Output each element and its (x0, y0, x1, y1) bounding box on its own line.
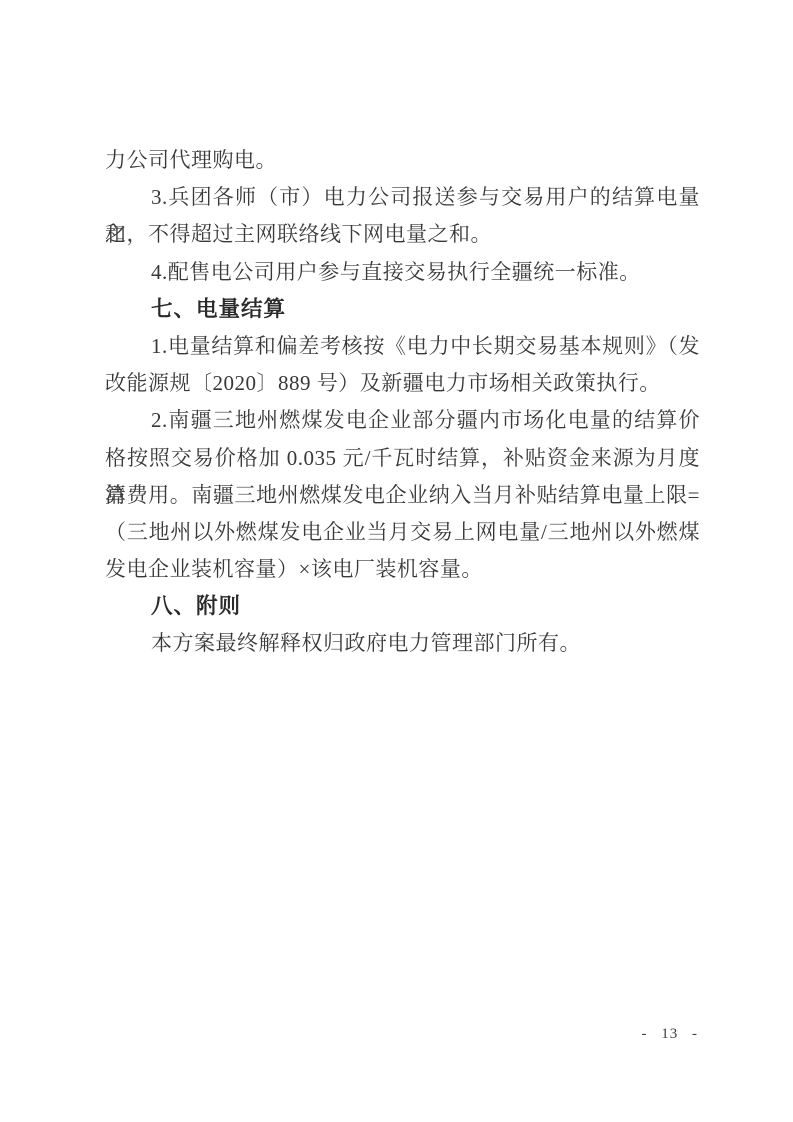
paragraph-line: 格按照交易价格加 0.035 元/千瓦时结算，补贴资金来源为月度清 (105, 440, 700, 477)
page-number: - 13 - (642, 1022, 699, 1046)
paragraph-line: 改能源规〔2020〕889 号）及新疆电力市场相关政策执行。 (105, 365, 700, 402)
document-page: 力公司代理购电。 3.兵团各师（市）电力公司报送参与交易用户的结算电量之 和，不… (0, 0, 793, 1122)
paragraph-line: 和，不得超过主网联络线下网电量之和。 (105, 216, 700, 253)
paragraph-line: 2.南疆三地州燃煤发电企业部分疆内市场化电量的结算价 (105, 402, 700, 439)
section-heading-electricity-settlement: 七、电量结算 (105, 291, 700, 328)
section-heading-supplementary-provisions: 八、附则 (105, 588, 700, 625)
paragraph-line: 3.兵团各师（市）电力公司报送参与交易用户的结算电量之 (105, 179, 700, 216)
paragraph-line: 1.电量结算和偏差考核按《电力中长期交易基本规则》（发 (105, 328, 700, 365)
paragraph-line: 发电企业装机容量）×该电厂装机容量。 (105, 551, 700, 588)
paragraph-line: 本方案最终解释权归政府电力管理部门所有。 (105, 625, 700, 662)
paragraph-continuation-line: 力公司代理购电。 (105, 142, 700, 179)
document-body: 力公司代理购电。 3.兵团各师（市）电力公司报送参与交易用户的结算电量之 和，不… (105, 142, 700, 663)
paragraph-line: 4.配售电公司用户参与直接交易执行全疆统一标准。 (105, 254, 700, 291)
paragraph-line: （三地州以外燃煤发电企业当月交易上网电量/三地州以外燃煤 (105, 514, 700, 551)
paragraph-line: 算费用。南疆三地州燃煤发电企业纳入当月补贴结算电量上限= (105, 477, 700, 514)
